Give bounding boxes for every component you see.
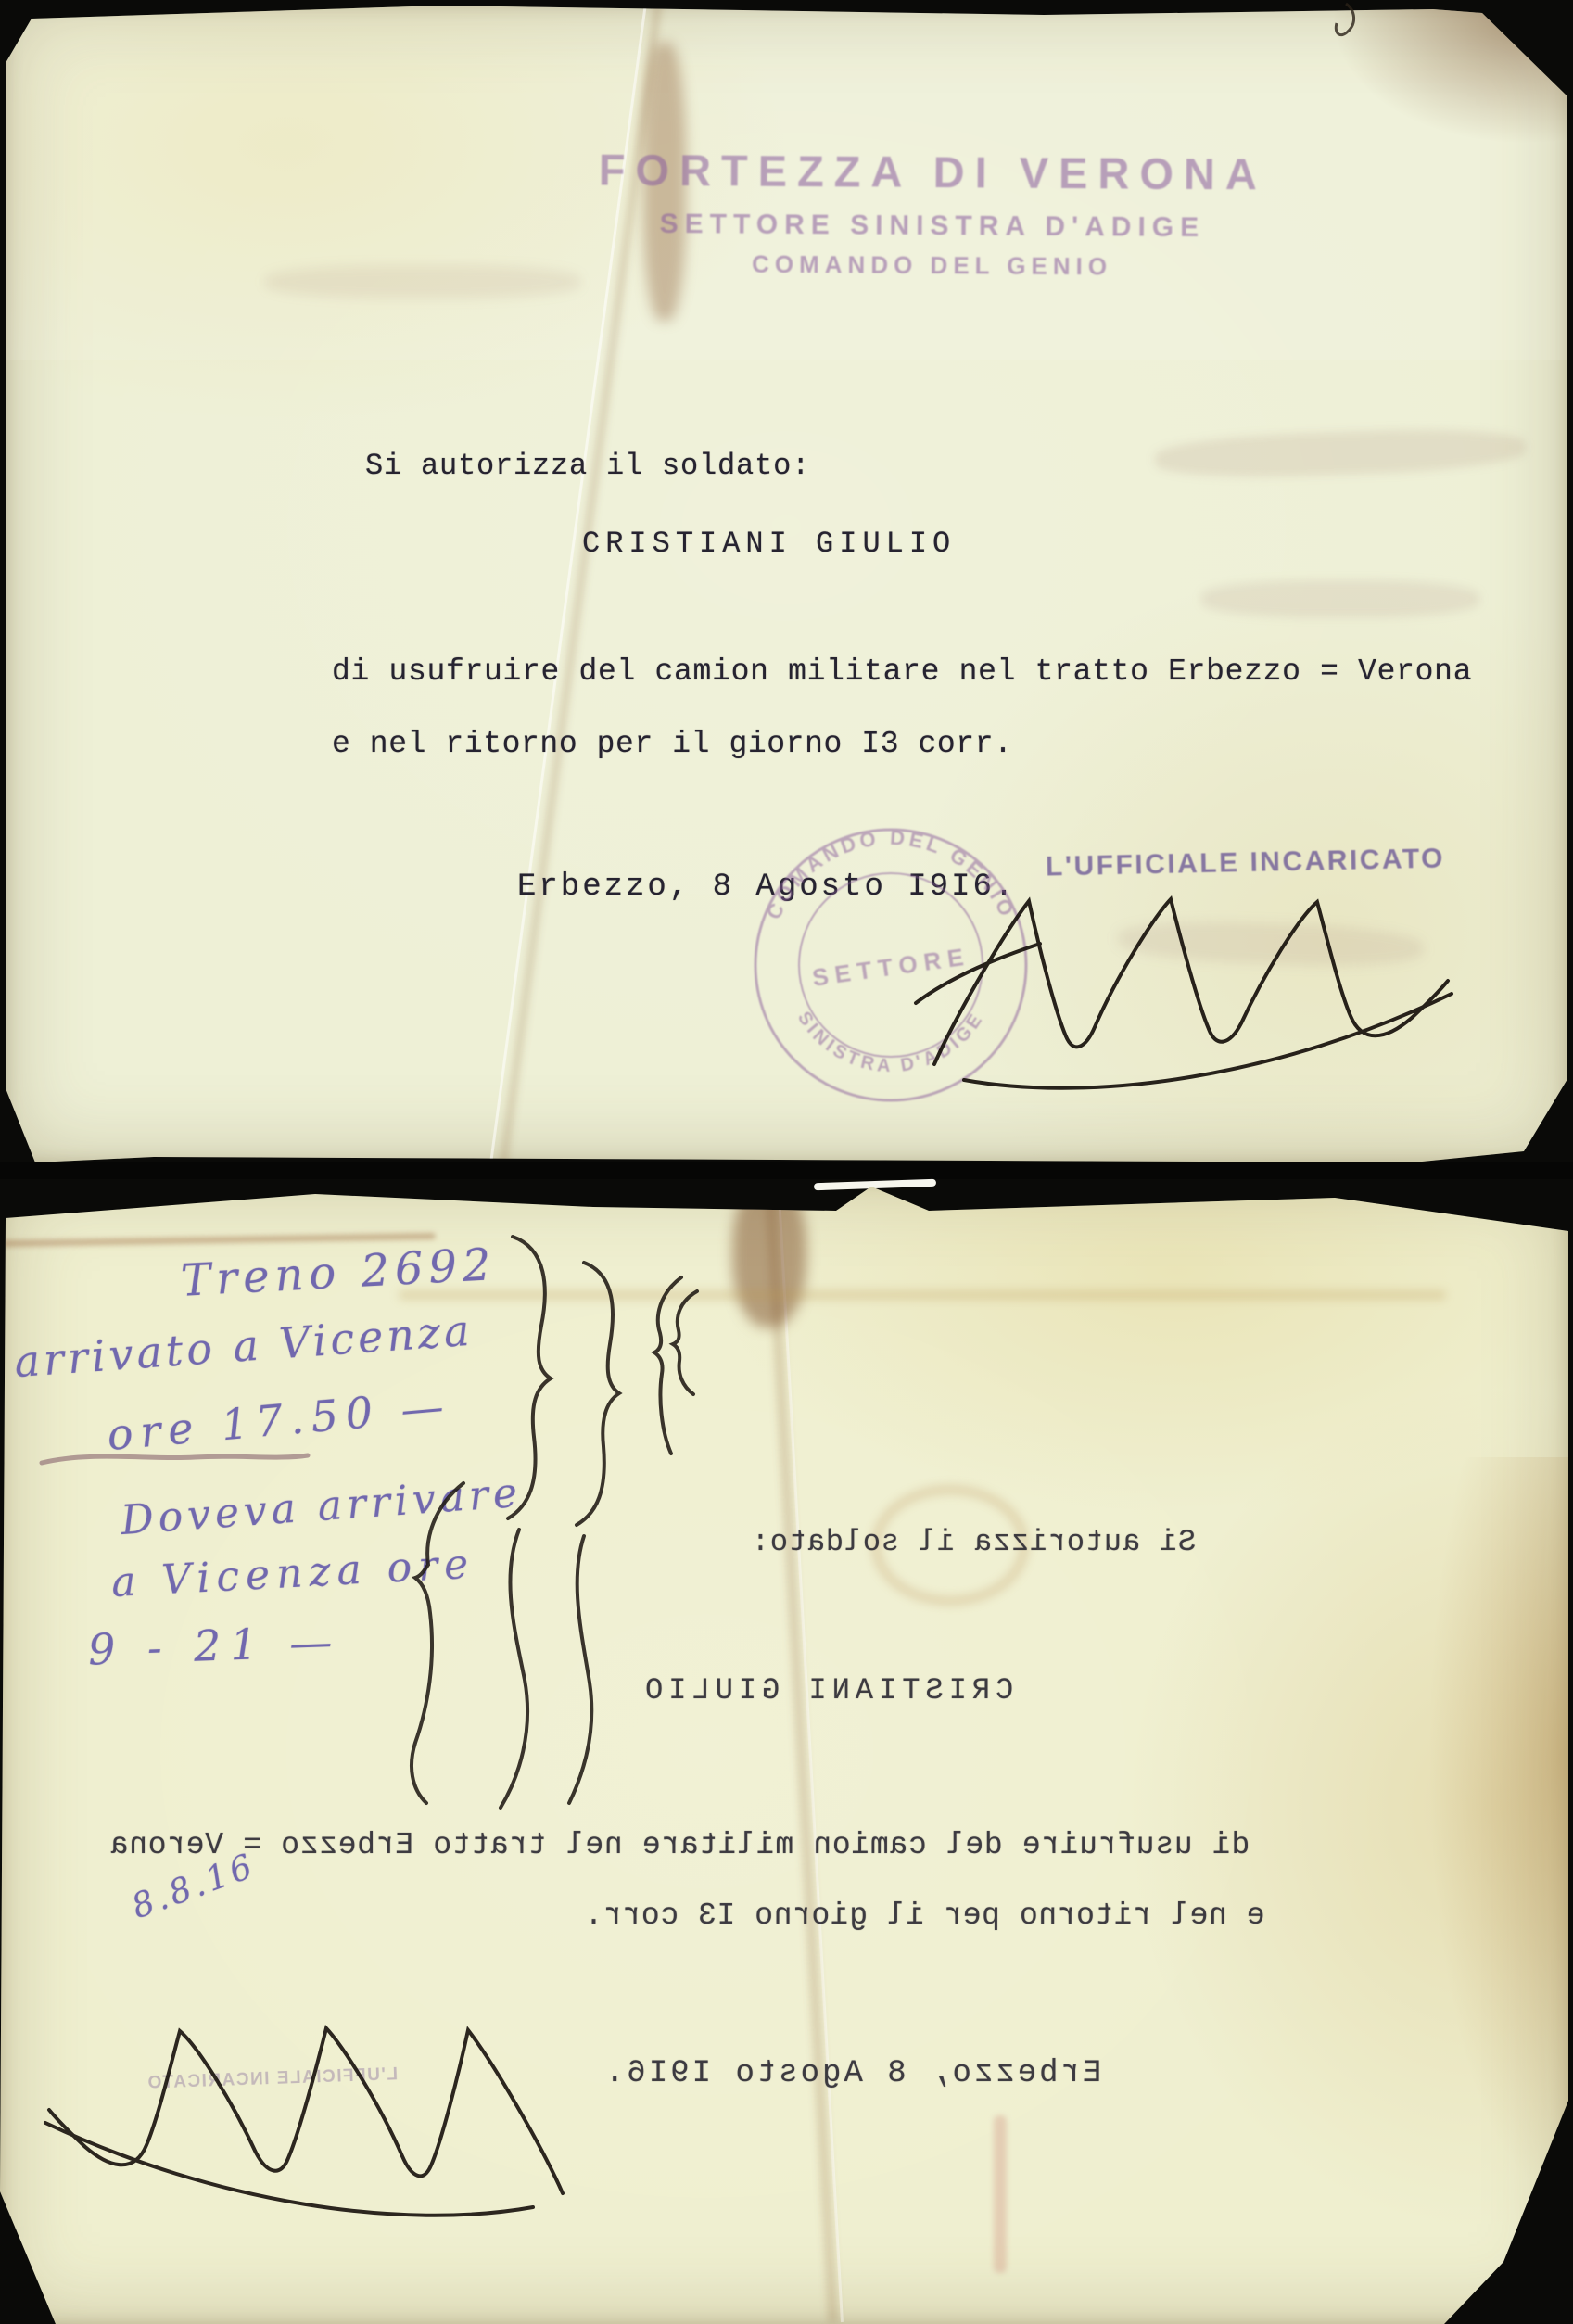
scan-divider — [0, 1162, 1573, 1179]
front-ink-overlay — [0, 0, 1573, 1162]
ink-brace-left — [412, 1483, 463, 1803]
officer-signature-ink — [916, 899, 1452, 1088]
ink-brace-double — [654, 1277, 697, 1454]
scanned-document-canvas: FORTEZZA DI VERONA SETTORE SINISTRA D'AD… — [0, 0, 1573, 2324]
corner-ink-mark — [1336, 4, 1353, 35]
mirrored-signature-ink — [45, 2028, 563, 2216]
back-ink-overlay — [0, 1179, 1573, 2324]
pencil-wavy-underline — [42, 1455, 308, 1463]
ink-brace-large-1 — [501, 1237, 551, 1808]
ink-brace-large-2 — [569, 1263, 619, 1803]
